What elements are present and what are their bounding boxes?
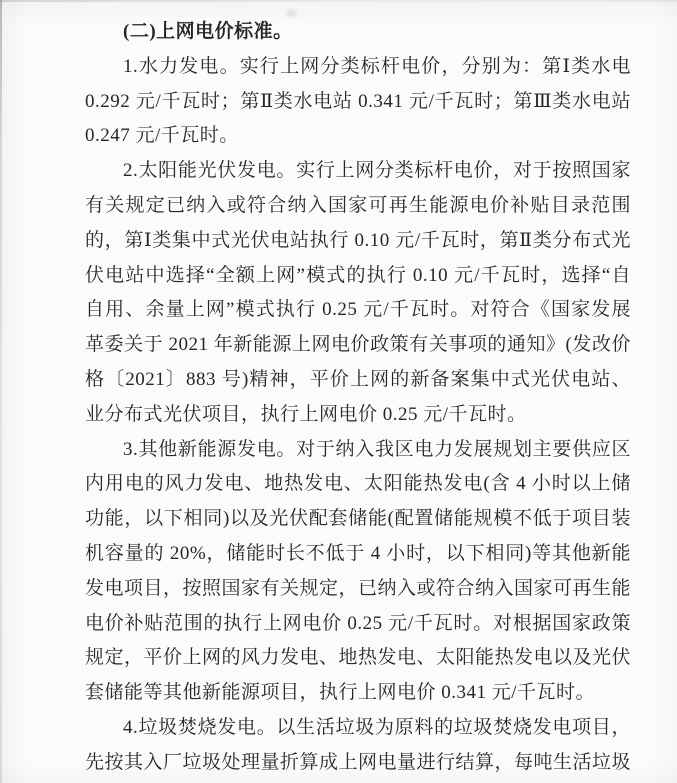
text-line-othernew-3: 功能，以下相同)以及光伏配套储能(配置储能规模不低于项目装: [85, 502, 631, 537]
text-line-waste-2: 先按其入厂垃圾处理量折算成上网电量进行结算，每吨生活垃圾: [85, 746, 631, 781]
text-line-solar-8: 业分布式光伏项目，执行上网电价 0.25 元/千瓦时。: [85, 398, 631, 433]
scan-top-edge-artifact: [0, 0, 677, 2]
text-line-othernew-6: 电价补贴范围的执行上网电价 0.25 元/千瓦时。对根据国家政策: [85, 607, 631, 642]
text-line-othernew-8: 套储能等其他新能源项目，执行上网电价 0.341 元/千瓦时。: [85, 676, 631, 711]
text-line-solar-1: 2.太阳能光伏发电。实行上网分类标杆电价，对于按照国家: [85, 154, 631, 189]
text-line-waste-1: 4.垃圾焚烧发电。以生活垃圾为原料的垃圾焚烧发电项目，: [85, 711, 631, 746]
text-line-othernew-7: 规定，平价上网的风力发电、地热发电、太阳能热发电以及光伏配: [85, 641, 631, 676]
text-line-solar-6: 革委关于 2021 年新能源上网电价政策有关事项的通知》(发改价: [85, 328, 631, 363]
text-column: (二)上网电价标准。 1.水力发电。实行上网分类标杆电价，分别为：第Ⅰ类水电站 …: [85, 15, 631, 781]
text-line-solar-4: 伏电站中选择“全额上网”模式的执行 0.10 元/千瓦时，选择“自发: [85, 259, 631, 294]
text-line-solar-3: 的，第Ⅰ类集中式光伏电站执行 0.10 元/千瓦时，第Ⅱ类分布式光: [85, 224, 631, 259]
scan-left-edge-artifact: [0, 0, 2, 783]
text-line-othernew-4: 机容量的 20%，储能时长不低于 4 小时，以下相同)等其他新能源: [85, 537, 631, 572]
text-line-solar-5: 自用、余量上网”模式执行 0.25 元/千瓦时。对符合《国家发展改: [85, 293, 631, 328]
text-line-othernew-2: 内用电的风力发电、地热发电、太阳能热发电(含 4 小时以上储热: [85, 467, 631, 502]
text-line-hydro-2: 0.292 元/千瓦时；第Ⅱ类水电站 0.341 元/千瓦时；第Ⅲ类水电站: [85, 85, 631, 120]
text-line-solar-2: 有关规定已纳入或符合纳入国家可再生能源电价补贴目录范围: [85, 189, 631, 224]
text-line-hydro-1: 1.水力发电。实行上网分类标杆电价，分别为：第Ⅰ类水电站: [85, 50, 631, 85]
text-line-hydro-3: 0.247 元/千瓦时。: [85, 119, 631, 154]
document-page: (二)上网电价标准。 1.水力发电。实行上网分类标杆电价，分别为：第Ⅰ类水电站 …: [0, 0, 677, 783]
text-line-othernew-5: 发电项目，按照国家有关规定，已纳入或符合纳入国家可再生能源: [85, 572, 631, 607]
text-line-solar-7: 格〔2021〕883 号)精神，平价上网的新备案集中式光伏电站、工商: [85, 363, 631, 398]
section-heading: (二)上网电价标准。: [85, 15, 631, 50]
text-line-othernew-1: 3.其他新能源发电。对于纳入我区电力发展规划主要供应区: [85, 433, 631, 468]
